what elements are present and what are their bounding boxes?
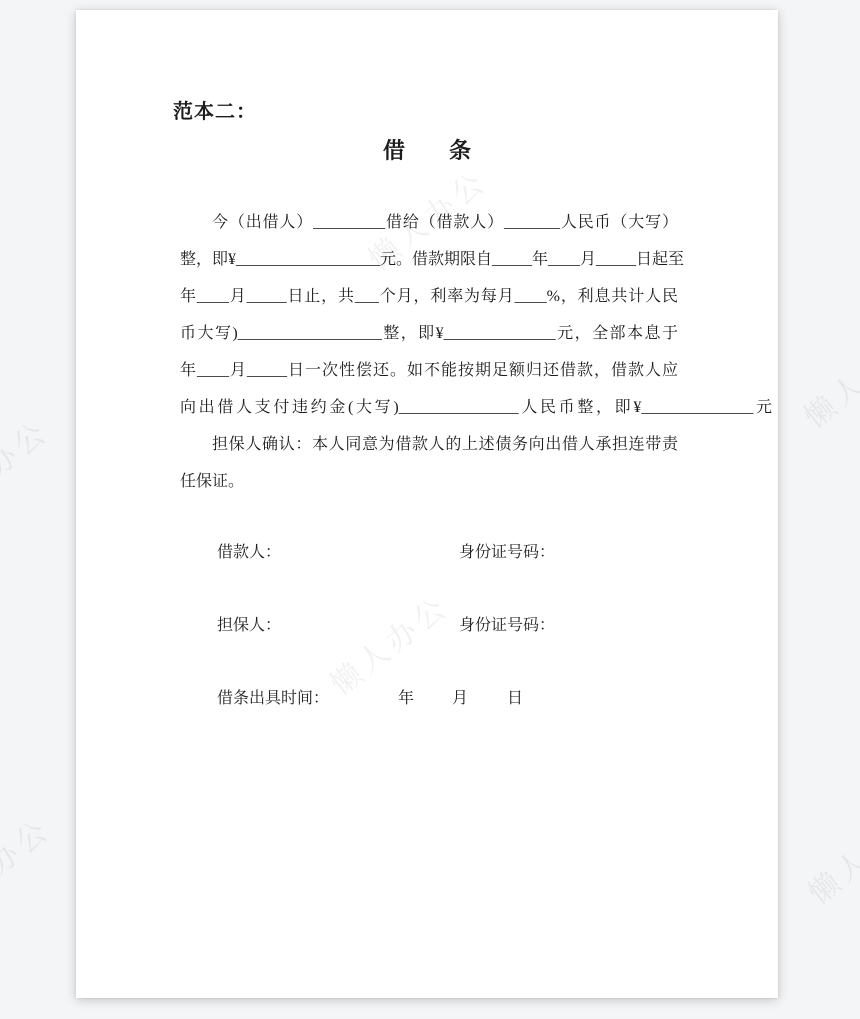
watermark-text: 懒人办公 — [797, 792, 860, 913]
issue-date-row: 借条出具时间： 年 月 日 — [217, 689, 329, 709]
body-line: 整，即¥__________________元。借款期限自_____年____月… — [180, 241, 678, 278]
watermark-text: 懒人办公 — [0, 806, 59, 927]
borrower-id-label: 身份证号码： — [459, 543, 555, 563]
month-label: 月 — [452, 689, 468, 709]
guarantor-row: 担保人： 身份证号码： — [217, 616, 281, 636]
page-background: 懒人办公 懒人办公 懒人办公 懒人办公 懒人办公 懒人办公 范本二： 借 条 今… — [0, 0, 860, 1019]
watermark-text: 懒人办公 — [0, 408, 57, 529]
body-line: 向出借人支付违约金(大写)_______________人民币整，即¥_____… — [180, 389, 772, 426]
document-title: 借 条 — [76, 134, 778, 165]
year-label: 年 — [398, 689, 414, 709]
guarantor-label: 担保人： — [217, 617, 281, 634]
body-line: 年____月_____日一次性偿还。如不能按期足额归还借款，借款人应 — [180, 352, 678, 389]
body-line: 今（出借人）_________借给（借款人）_______人民币（大写） — [180, 204, 678, 241]
watermark-text: 懒人办公 — [793, 316, 860, 437]
day-label: 日 — [507, 689, 523, 709]
document-content: 范本二： 借 条 今（出借人）_________借给（借款人）_______人民… — [76, 10, 778, 998]
body-line: 币大写)__________________整，即¥______________… — [180, 315, 678, 352]
guarantor-id-label: 身份证号码： — [459, 616, 555, 636]
body-line: 担保人确认：本人同意为借款人的上述债务向出借人承担连带责 — [180, 426, 678, 463]
issue-date-label: 借条出具时间： — [217, 690, 329, 707]
body-paragraph: 今（出借人）_________借给（借款人）_______人民币（大写） 整，即… — [180, 204, 678, 500]
borrower-row: 借款人： 身份证号码： — [217, 543, 281, 563]
body-line: 年____月_____日止，共___个月，利率为每月____%，利息共计人民 — [180, 278, 678, 315]
borrower-label: 借款人： — [217, 544, 281, 561]
body-line: 任保证。 — [180, 463, 678, 500]
template-label: 范本二： — [173, 95, 257, 124]
